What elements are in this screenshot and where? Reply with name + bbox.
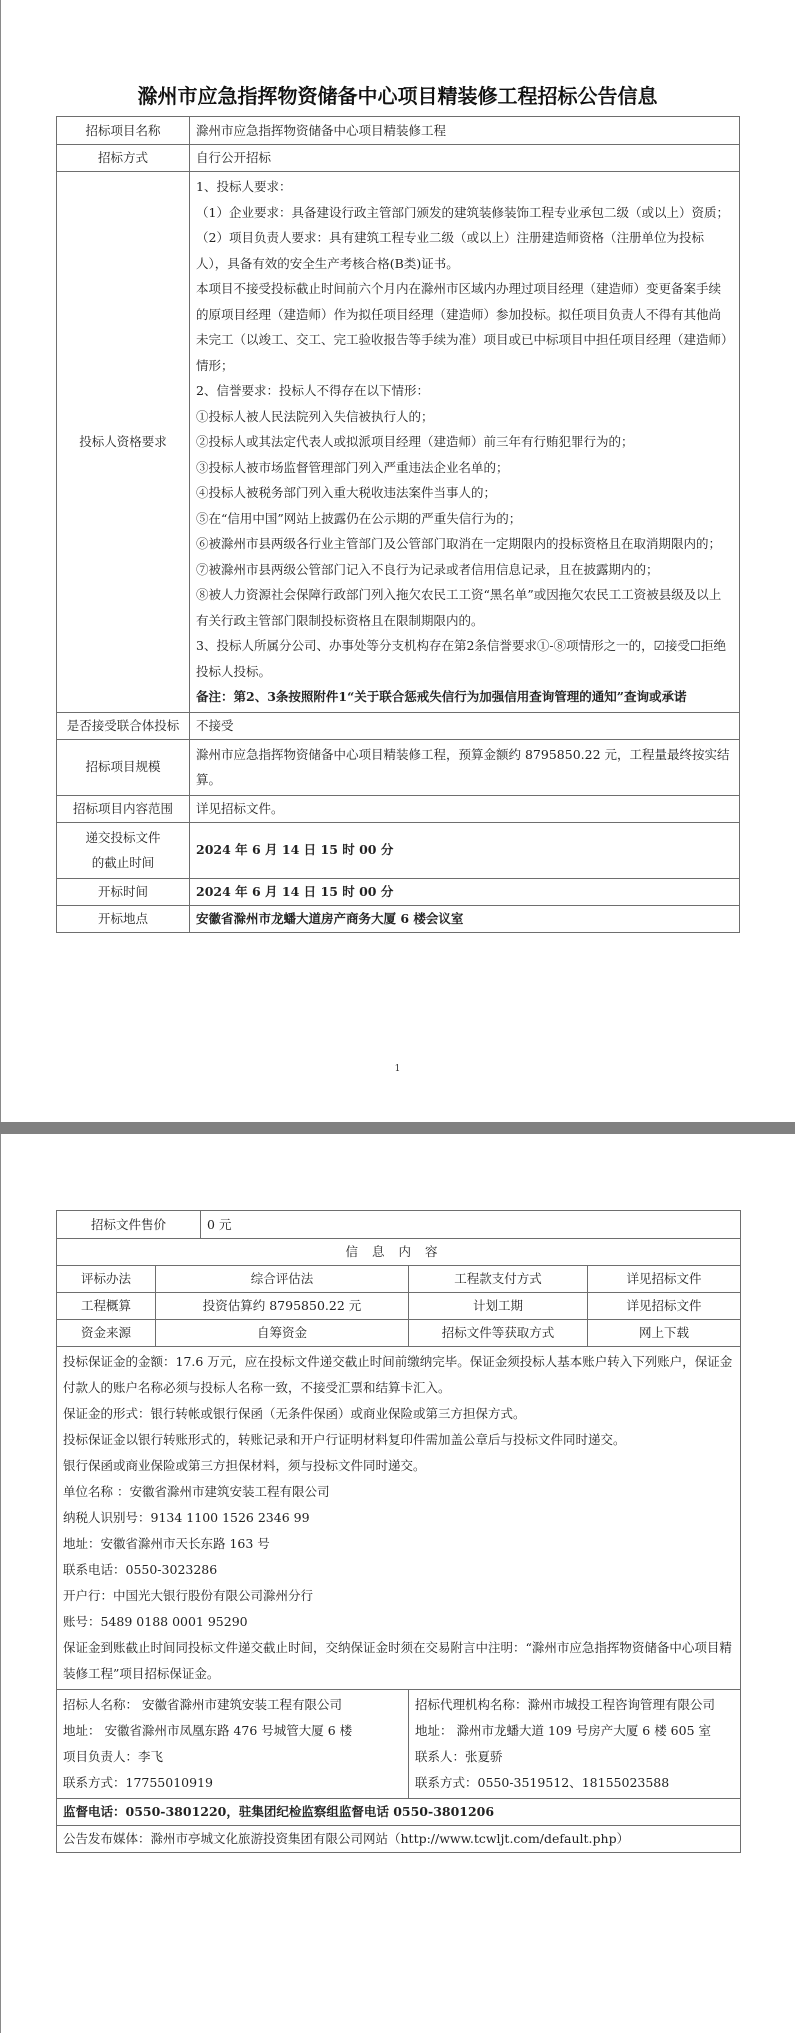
qualification-line: 本项目不接受投标截止时间前六个月内在滁州市区域内办理过项目经理（建造师）变更备案…: [196, 276, 733, 378]
info-header: 信息内容: [57, 1239, 741, 1266]
table-row: 招标项目名称 滁州市应急指挥物资储备中心项目精装修工程: [57, 117, 740, 145]
row-value: 安徽省滁州市龙蟠大道房产商务大厦 6 楼会议室: [190, 905, 740, 932]
info-cell: 计划工期: [409, 1293, 588, 1320]
info-cell: 详见招标文件: [588, 1266, 741, 1293]
info-cell: 资金来源: [57, 1320, 156, 1347]
row-label: 招标项目内容范围: [57, 795, 190, 822]
row-value: 不接受: [190, 712, 740, 739]
table-row: 招标文件售价 0 元: [57, 1211, 741, 1239]
contact-line: 联系方式：17755010919: [63, 1770, 402, 1796]
qualification-line: ④投标人被税务部门列入重大税收违法案件当事人的；: [196, 480, 733, 506]
supervision-phone: 监督电话：0550-3801220，驻集团纪检监察组监督电话 0550-3801…: [57, 1799, 741, 1826]
info-cell: 网上下载: [588, 1320, 741, 1347]
qualification-line: 3、投标人所属分公司、办事处等分支机构存在第2条信誉要求①-⑧项情形之一的，☑接…: [196, 633, 733, 684]
info-cell: 工程概算: [57, 1293, 156, 1320]
contact-line: 联系方式：0550-3519512、18155023588: [415, 1770, 734, 1796]
info-cell: 工程款支付方式: [409, 1266, 588, 1293]
table-row-contacts: 招标人名称： 安徽省滁州市建筑安装工程有限公司 地址： 安徽省滁州市凤凰东路 4…: [57, 1690, 741, 1799]
table-row: 开标时间 2024 年 6 月 14 日 15 时 00 分: [57, 878, 740, 905]
row-value: 2024 年 6 月 14 日 15 时 00 分: [190, 822, 740, 878]
qualification-line: ①投标人被人民法院列入失信被执行人的；: [196, 404, 733, 430]
row-label: 招标方式: [57, 145, 190, 172]
agency-contact: 招标代理机构名称：滁州市城投工程咨询管理有限公司 地址： 滁州市龙蟠大道 109…: [409, 1690, 741, 1799]
info-cell: 详见招标文件: [588, 1293, 741, 1320]
row-label: 招标项目规模: [57, 739, 190, 795]
tenderer-contact: 招标人名称： 安徽省滁州市建筑安装工程有限公司 地址： 安徽省滁州市凤凰东路 4…: [57, 1690, 409, 1799]
contact-line: 地址： 安徽省滁州市凤凰东路 476 号城管大厦 6 楼: [63, 1718, 402, 1744]
table-row-deposit: 投标保证金的金额：17.6 万元，应在投标文件递交截止时间前缴纳完毕。保证金须投…: [57, 1347, 741, 1690]
table-row: 招标项目规模 滁州市应急指挥物资储备中心项目精装修工程，预算金额约 879585…: [57, 739, 740, 795]
qualification-line: ⑦被滁州市县两级公管部门记入不良行为记录或者信用信息记录，且在披露期内的；: [196, 557, 733, 583]
contact-line: 联系人：张夏骄: [415, 1744, 734, 1770]
table-row: 招标项目内容范围 详见招标文件。: [57, 795, 740, 822]
contact-line: 招标人名称： 安徽省滁州市建筑安装工程有限公司: [63, 1692, 402, 1718]
deposit-line: 投标保证金的金额：17.6 万元，应在投标文件递交截止时间前缴纳完毕。保证金须投…: [63, 1349, 734, 1401]
deposit-line: 联系电话：0550-3023286: [63, 1557, 734, 1583]
row-label: 投标人资格要求: [57, 172, 190, 713]
table-row: 评标办法 综合评估法 工程款支付方式 详见招标文件: [57, 1266, 741, 1293]
deposit-line: 开户行：中国光大银行股份有限公司滁州分行: [63, 1583, 734, 1609]
deposit-line: 单位名称 ：安徽省滁州市建筑安装工程有限公司: [63, 1479, 734, 1505]
row-value: 滁州市应急指挥物资储备中心项目精装修工程: [190, 117, 740, 145]
info-cell: 招标文件等获取方式: [409, 1320, 588, 1347]
contact-line: 地址： 滁州市龙蟠大道 109 号房产大厦 6 楼 605 室: [415, 1718, 734, 1744]
row-value: 自行公开招标: [190, 145, 740, 172]
table-row: 招标方式 自行公开招标: [57, 145, 740, 172]
qualification-line: （2）项目负责人要求：具有建筑工程专业二级（或以上）注册建造师资格（注册单位为投…: [196, 225, 733, 276]
info-cell: 自筹资金: [156, 1320, 409, 1347]
table-row: 工程概算 投资估算约 8795850.22 元 计划工期 详见招标文件: [57, 1293, 741, 1320]
deposit-line: 投标保证金以银行转账形式的，转账记录和开户行证明材料复印件需加盖公章后与投标文件…: [63, 1427, 734, 1453]
row-label: 是否接受联合体投标: [57, 712, 190, 739]
deposit-line: 地址：安徽省滁州市天长东路 163 号: [63, 1531, 734, 1557]
table-row: 信息内容: [57, 1239, 741, 1266]
row-label: 开标时间: [57, 878, 190, 905]
price-label: 招标文件售价: [57, 1211, 201, 1239]
row-value: 滁州市应急指挥物资储备中心项目精装修工程，预算金额约 8795850.22 元，…: [190, 739, 740, 795]
info-cell: 综合评估法: [156, 1266, 409, 1293]
deposit-line: 保证金到账截止时间同投标文件递交截止时间，交纳保证金时须在交易附言中注明：“滁州…: [63, 1635, 734, 1687]
qualification-content: 1、投标人要求： （1）企业要求：具备建设行政主管部门颁发的建筑装修装饰工程专业…: [190, 172, 740, 713]
table-row: 公告发布媒体：滁州市亭城文化旅游投资集团有限公司网站（http://www.tc…: [57, 1826, 741, 1853]
table-row-qualification: 投标人资格要求 1、投标人要求： （1）企业要求：具备建设行政主管部门颁发的建筑…: [57, 172, 740, 713]
table-row: 是否接受联合体投标 不接受: [57, 712, 740, 739]
qualification-line: ③投标人被市场监督管理部门列入严重违法企业名单的；: [196, 455, 733, 481]
deposit-line: 纳税人识别号：9134 1100 1526 2346 99: [63, 1505, 734, 1531]
qualification-line: ⑥被滁州市县两级各行业主管部门及公管部门取消在一定期限内的投标资格且在取消期限内…: [196, 531, 733, 557]
row-value: 详见招标文件。: [190, 795, 740, 822]
row-label: 开标地点: [57, 905, 190, 932]
deposit-line: 银行保函或商业保险或第三方担保材料，须与投标文件同时递交。: [63, 1453, 734, 1479]
deposit-content: 投标保证金的金额：17.6 万元，应在投标文件递交截止时间前缴纳完毕。保证金须投…: [57, 1347, 741, 1690]
tender-info-table-2: 招标文件售价 0 元 信息内容 评标办法 综合评估法 工程款支付方式 详见招标文…: [56, 1210, 741, 1853]
deposit-line: 保证金的形式：银行转帐或银行保函（无条件保函）或商业保险或第三方担保方式。: [63, 1401, 734, 1427]
row-value: 2024 年 6 月 14 日 15 时 00 分: [190, 878, 740, 905]
table-row: 开标地点 安徽省滁州市龙蟠大道房产商务大厦 6 楼会议室: [57, 905, 740, 932]
row-label: 招标项目名称: [57, 117, 190, 145]
info-cell: 投资估算约 8795850.22 元: [156, 1293, 409, 1320]
table-row: 资金来源 自筹资金 招标文件等获取方式 网上下载: [57, 1320, 741, 1347]
page-left-edge: [0, 0, 1, 1122]
qualification-line: ②投标人或其法定代表人或拟派项目经理（建造师）前三年有行贿犯罪行为的；: [196, 429, 733, 455]
info-cell: 评标办法: [57, 1266, 156, 1293]
publication-media: 公告发布媒体：滁州市亭城文化旅游投资集团有限公司网站（http://www.tc…: [57, 1826, 741, 1853]
row-label: 递交投标文件的截止时间: [57, 822, 190, 878]
table-row: 监督电话：0550-3801220，驻集团纪检监察组监督电话 0550-3801…: [57, 1799, 741, 1826]
price-value: 0 元: [201, 1211, 741, 1239]
qualification-note: 备注：第2、3条按照附件1“关于联合惩戒失信行为加强信用查询管理的通知”查询或承…: [196, 684, 733, 710]
qualification-line: （1）企业要求：具备建设行政主管部门颁发的建筑装修装饰工程专业承包二级（或以上）…: [196, 200, 733, 226]
qualification-line: 2、信誉要求：投标人不得存在以下情形：: [196, 378, 733, 404]
qualification-line: 1、投标人要求：: [196, 174, 733, 200]
deposit-line: 账号：5489 0188 0001 95290: [63, 1609, 734, 1635]
page-title: 滁州市应急指挥物资储备中心项目精装修工程招标公告信息: [0, 80, 795, 109]
page-left-edge: [0, 1134, 1, 2033]
tender-info-table: 招标项目名称 滁州市应急指挥物资储备中心项目精装修工程 招标方式 自行公开招标 …: [56, 116, 740, 933]
table-row: 递交投标文件的截止时间 2024 年 6 月 14 日 15 时 00 分: [57, 822, 740, 878]
page-number: 1: [0, 1064, 795, 1074]
contact-line: 招标代理机构名称：滁州市城投工程咨询管理有限公司: [415, 1692, 734, 1718]
qualification-line: ⑧被人力资源社会保障行政部门列入拖欠农民工工资“黑名单”或因拖欠农民工工资被县级…: [196, 582, 733, 633]
qualification-line: ⑤在“信用中国”网站上披露仍在公示期的严重失信行为的；: [196, 506, 733, 532]
contact-line: 项目负责人：李飞: [63, 1744, 402, 1770]
page-separator: [0, 1122, 795, 1134]
